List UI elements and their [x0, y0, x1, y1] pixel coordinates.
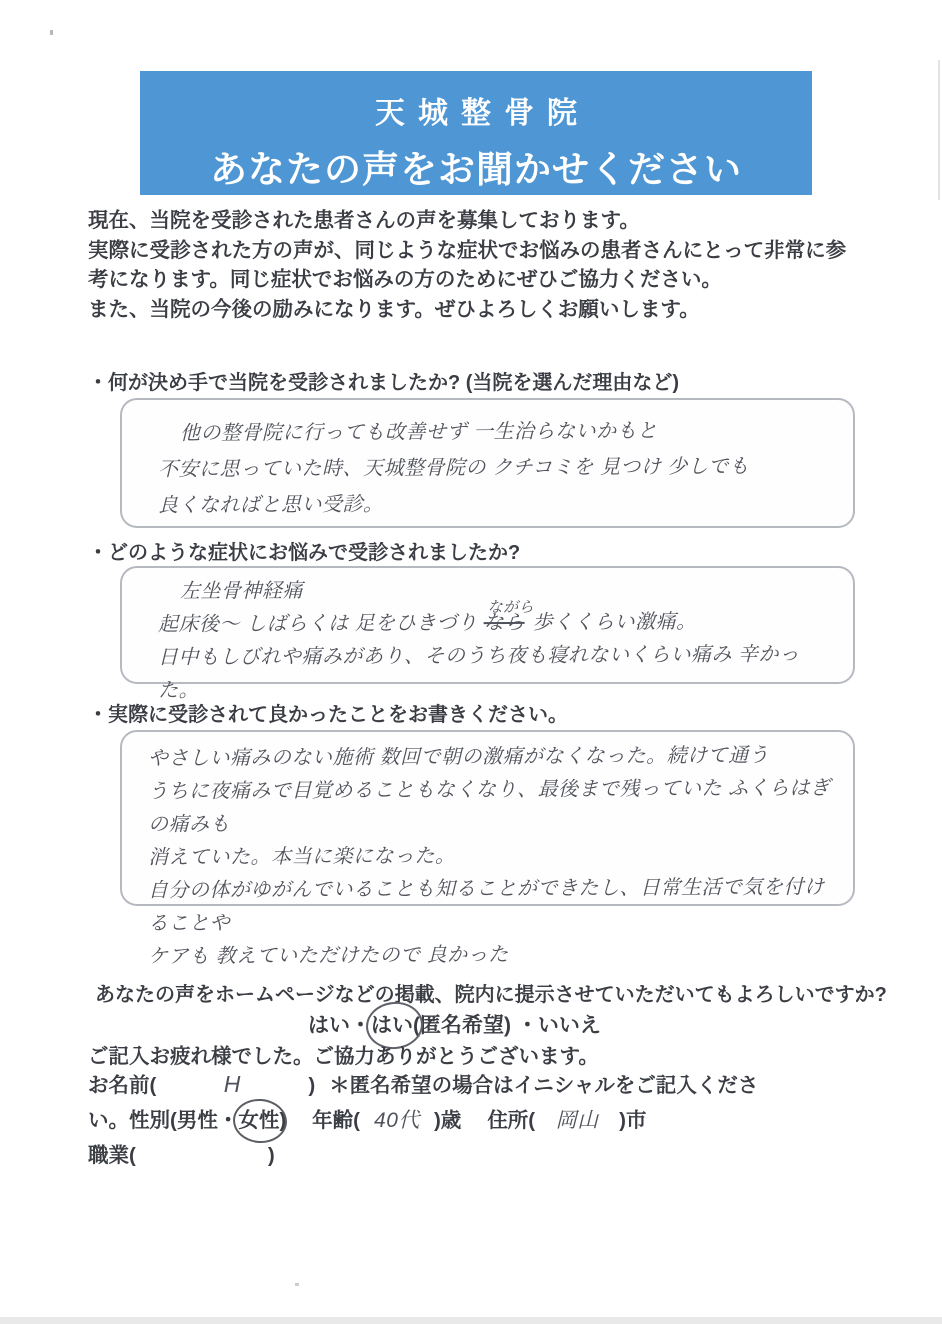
age-field-close: )歳 — [434, 1109, 461, 1132]
answer-box-1: 他の整骨院に行っても改善せず 一生治らないかもと 不安に思っていた時、天城整骨院… — [120, 398, 855, 528]
closing-thanks: ご記入お疲れ様でした。ご協力ありがとうございます。 — [88, 1039, 599, 1069]
handwritten-line: やさしい痛みのない施術 数回で朝の激痛がなくなった。続けて通う — [148, 739, 837, 776]
handwritten-line: ケアも 教えていただけたので 良かった — [148, 937, 837, 974]
handwritten-text: 起床後〜 しばらくは 足をひきづり — [158, 612, 478, 636]
answer-1-handwriting: 他の整骨院に行っても改善せず 一生治らないかもと 不安に思っていた時、天城整骨院… — [122, 400, 853, 522]
address-field-close: )市 — [619, 1109, 646, 1132]
answer-3-handwriting: やさしい痛みのない施術 数回で朝の激痛がなくなった。続けて通う うちに夜痛みで目… — [122, 732, 853, 972]
consent-option-no: いいえ — [538, 1014, 601, 1037]
question-3-label: ・実際に受診されて良かったことをお書きください。 — [88, 698, 568, 727]
address-field-label: 住所( — [487, 1109, 535, 1132]
scan-edge — [0, 1317, 942, 1324]
form-title: あなたの声をお聞かせください — [140, 139, 812, 193]
intro-line: 実際に受診された方の声が、同じような症状でお悩みの患者さんにとって非常に参 — [88, 236, 846, 266]
question-1-label: ・何が決め手で当院を受診されましたか? (当院を選んだ理由など) — [88, 366, 679, 395]
header-banner: 天城整骨院 あなたの声をお聞かせください — [140, 71, 812, 195]
gender-female-circled: 女性 — [238, 1103, 279, 1133]
correction-inserted-word: ながら — [487, 591, 534, 624]
name-field-close: ) — [308, 1074, 315, 1097]
consent-option-yes: はい — [308, 1014, 350, 1037]
address-field-value: 岡山 — [535, 1104, 619, 1134]
handwritten-line: 良くなればと思い受診。 — [158, 484, 837, 524]
name-field-value: H — [156, 1071, 308, 1098]
consent-option-yes-anonymous-rest: 匿名希望) — [420, 1014, 511, 1037]
intro-line: また、当院の今後の励みになります。ぜひよろしくお願いします。 — [88, 295, 846, 325]
gender-age-address-line: い。性別(男性・女性)年齢(40代)歳住所(岡山)市 — [88, 1103, 646, 1134]
handwritten-line: 他の整骨院に行っても改善せず 一生治らないかもと — [158, 412, 837, 452]
anonymous-initial-note: ＊匿名希望の場合はイニシャルをご記入くださ — [329, 1074, 758, 1097]
job-field-label: 職業( — [88, 1144, 136, 1167]
consent-option-yes-anonymous-circled: はい( — [371, 1009, 420, 1039]
intro-line: 考になります。同じ症状でお悩みの方のためにぜひご協力ください。 — [88, 265, 846, 295]
consent-separator: ・ — [511, 1014, 538, 1037]
answer-box-2: 左坐骨神経痛 起床後〜 しばらくは 足をひきづりながらなら歩くくらい激痛。 日中… — [120, 566, 855, 684]
age-field-value: 40代 — [360, 1104, 434, 1134]
gender-field-label: 性別(男性・ — [129, 1109, 238, 1132]
handwritten-line: うちに夜痛みで目覚めることもなくなり、最後まで残っていた ふくらはぎの痛みも — [148, 772, 837, 842]
question-2-label: ・どのような症状にお悩みで受診されましたか? — [88, 536, 520, 565]
age-field-label: 年齢( — [312, 1109, 360, 1132]
answer-box-3: やさしい痛みのない施術 数回で朝の激痛がなくなった。続けて通う うちに夜痛みで目… — [120, 730, 855, 906]
intro-paragraph: 現在、当院を受診された患者さんの声を募集しております。 実際に受診された方の声が… — [88, 206, 846, 324]
answer-2-handwriting: 左坐骨神経痛 起床後〜 しばらくは 足をひきづりながらなら歩くくらい激痛。 日中… — [122, 568, 853, 706]
scan-edge — [938, 60, 940, 200]
scan-artifact-dot — [295, 1283, 299, 1286]
anonymous-note-wrap: い。 — [88, 1109, 129, 1132]
scanned-feedback-form: 天城整骨院 あなたの声をお聞かせください 現在、当院を受診された患者さんの声を募… — [0, 0, 942, 1324]
handwritten-line: 消えていた。本当に楽になった。 — [148, 838, 837, 875]
handwritten-text: 歩くくらい激痛。 — [533, 611, 697, 634]
scan-artifact-dot — [50, 30, 53, 35]
job-field-line: 職業() — [88, 1138, 275, 1168]
clinic-name: 天城整骨院 — [140, 88, 812, 132]
consent-question: あなたの声をホームページなどの掲載、院内に提示させていただいてもよろしいですか? — [95, 978, 887, 1007]
handwritten-line: 起床後〜 しばらくは 足をひきづりながらなら歩くくらい激痛。 — [158, 605, 837, 642]
job-field-close: ) — [268, 1144, 275, 1167]
handwritten-line: 不安に思っていた時、天城整骨院の クチコミを 見つけ 少しでも — [158, 448, 837, 488]
intro-line: 現在、当院を受診された患者さんの声を募集しております。 — [88, 206, 846, 236]
consent-options: はい・はい(匿名希望) ・いいえ — [308, 1009, 601, 1039]
handwritten-line: 自分の体がゆがんでいることも知ることができたし、日常生活で気を付けることや — [148, 871, 837, 941]
name-field-line: お名前(H)＊匿名希望の場合はイニシャルをご記入くださ — [88, 1068, 758, 1098]
handwritten-correction: ながらなら — [484, 607, 525, 640]
name-field-label: お名前( — [88, 1074, 156, 1097]
